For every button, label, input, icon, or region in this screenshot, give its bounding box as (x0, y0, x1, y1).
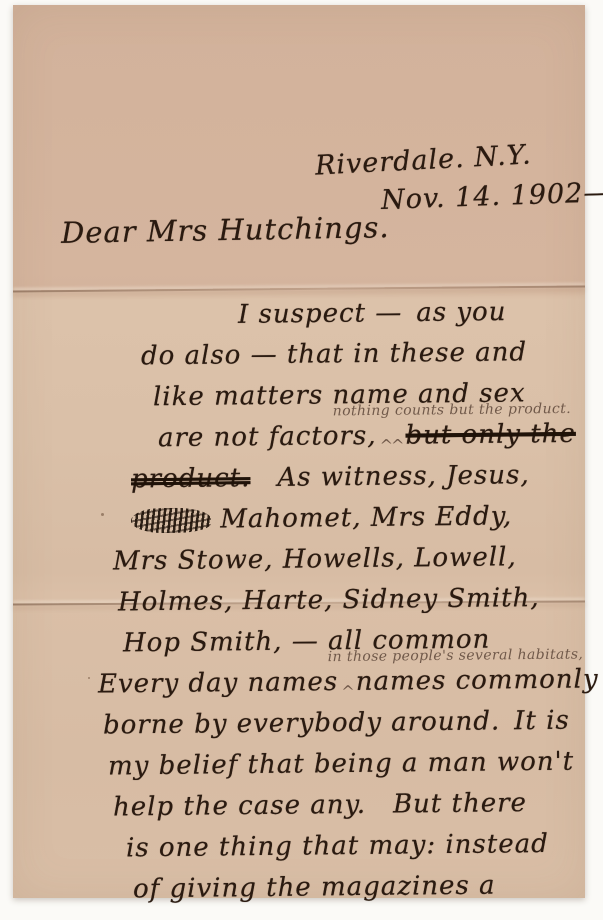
handwriting-text: Holmes, Harte, Sidney Smith, (118, 583, 540, 617)
handwriting-line: in those people's several habitats,Every… (98, 659, 585, 705)
handwriting-line: is one thing that may: instead (126, 824, 585, 870)
pencil-insertion: in those people's several habitats, (328, 646, 584, 665)
caret-mark: ^^ (377, 436, 406, 455)
pencil-insertion: nothing counts but the product. (333, 401, 572, 419)
handwriting-text: names commonly (356, 664, 599, 697)
handwriting-text: Every day names (98, 667, 338, 700)
handwriting-line: do also — that in these and (141, 332, 585, 378)
letter-salutation: Dear Mrs Hutchings. (61, 210, 390, 250)
handwriting-text: of giving the magazines a (133, 871, 496, 905)
handwriting-line: help the case any. But there (113, 783, 585, 829)
handwriting-text: borne by everybody around. It is (103, 706, 570, 741)
handwriting-line: product. As witness, Jesus, (131, 455, 585, 501)
handwriting-text: I suspect — as you (238, 297, 507, 330)
letter-photo: Riverdale. N.Y. Nov. 14. 1902— Dear Mrs … (0, 0, 603, 920)
handwriting-text: Mahomet, Mrs Eddy, (211, 501, 513, 534)
handwriting-text: As witness, Jesus, (250, 460, 530, 493)
handwriting-text: help the case any. But there (113, 788, 527, 822)
handwriting-text: are not factors, (158, 421, 377, 453)
letter-paper: Riverdale. N.Y. Nov. 14. 1902— Dear Mrs … (13, 5, 585, 898)
handwriting-line: I suspect — as you (238, 291, 585, 336)
caret-mark: ^ (338, 682, 356, 701)
struck-text: product. (131, 463, 251, 494)
handwriting-line: nothing counts but the product.are not f… (158, 414, 585, 459)
handwriting-line: Holmes, Harte, Sidney Smith, (118, 578, 585, 624)
letter-body: I suspect — as youdo also — that in thes… (13, 293, 585, 908)
handwriting-line: Mahomet, Mrs Eddy, (131, 496, 585, 542)
letter-place-line: Riverdale. N.Y. (314, 139, 532, 181)
handwriting-line: Mrs Stowe, Howells, Lowell, (113, 537, 585, 583)
handwriting-text: Mrs Stowe, Howells, Lowell, (113, 542, 517, 576)
scribbled-out-word (131, 508, 211, 534)
struck-text: but only the (405, 419, 576, 451)
handwriting-line: borne by everybody around. It is (103, 700, 585, 746)
letter-date-line: Nov. 14. 1902— (381, 177, 603, 216)
handwriting-line: my belief that being a man won't (108, 742, 585, 788)
handwriting-text: is one thing that may: instead (126, 829, 549, 863)
handwriting-line: of giving the magazines a (133, 865, 585, 911)
handwriting-text: my belief that being a man won't (108, 747, 574, 782)
handwriting-text: do also — that in these and (141, 337, 527, 371)
